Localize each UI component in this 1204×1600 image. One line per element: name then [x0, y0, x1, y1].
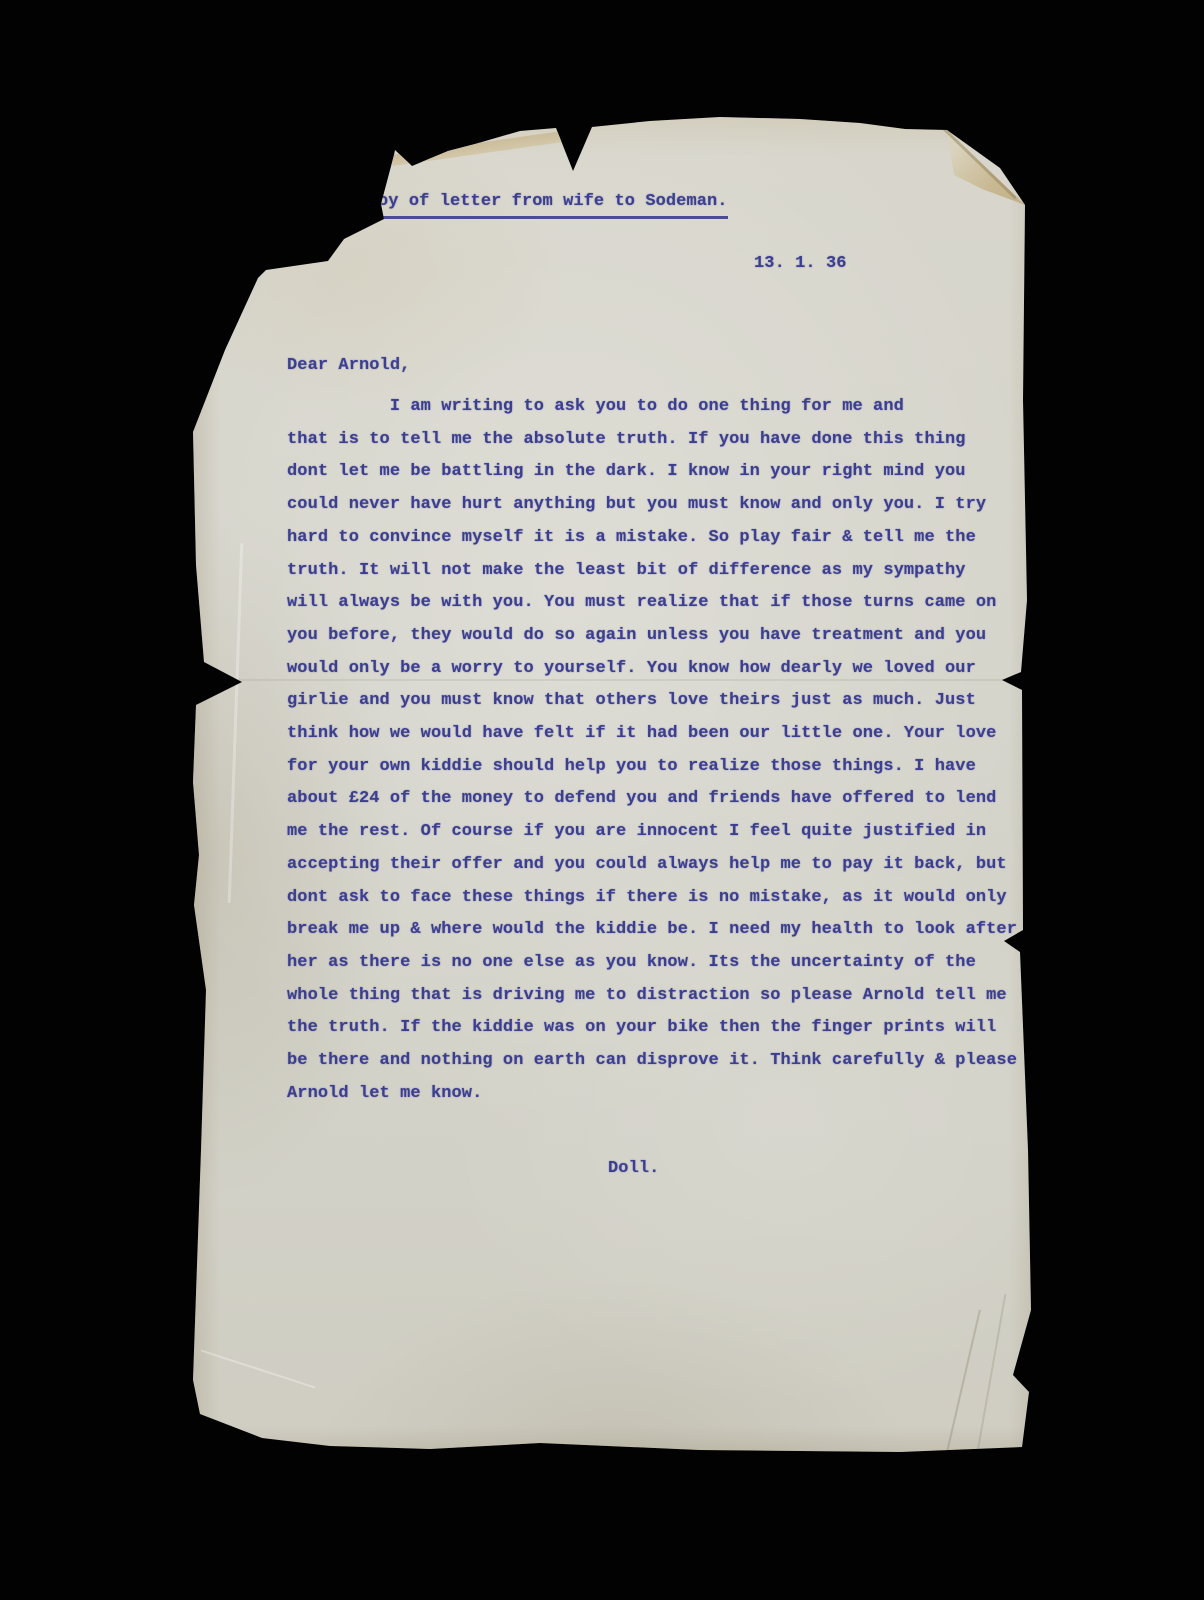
paper-crease-bottom-right	[945, 1310, 981, 1457]
letter-line: that is to tell me the absolute truth. I…	[287, 424, 1017, 457]
photo-background: oy of letter from wife to Sodeman. 13. 1…	[0, 0, 1204, 1600]
letter-line: would only be a worry to yourself. You k…	[287, 653, 1017, 686]
letter-line: girlie and you must know that others lov…	[287, 685, 1017, 718]
letter-title: oy of letter from wife to Sodeman.	[378, 192, 728, 219]
torn-edge-flap-top	[390, 131, 565, 166]
torn-edge-flap-top-left	[218, 115, 369, 233]
letter-line: about £24 of the money to defend you and…	[287, 783, 1017, 816]
paper-crease-bottom-right-2	[976, 1294, 1007, 1457]
letter-line: Arnold let me know.	[287, 1078, 1017, 1111]
letter-date: 13. 1. 36	[754, 254, 847, 273]
letter-line: break me up & where would the kiddie be.…	[287, 914, 1017, 947]
letter-line: her as there is no one else as you know.…	[287, 947, 1017, 980]
letter-line: dont let me be battling in the dark. I k…	[287, 456, 1017, 489]
letter-signature: Doll.	[608, 1159, 659, 1178]
letter-body: I am writing to ask you to do one thing …	[287, 391, 1017, 1110]
letter-line: whole thing that is driving me to distra…	[287, 980, 1017, 1013]
fold-crease-top-right	[940, 125, 1017, 199]
letter-salutation: Dear Arnold,	[287, 356, 410, 375]
letter-line: accepting their offer and you could alwa…	[287, 849, 1017, 882]
paper-crease-bottom-left	[201, 1350, 316, 1389]
letter-line: hard to convince myself it is a mistake.…	[287, 522, 1017, 555]
letter-line: could never have hurt anything but you m…	[287, 489, 1017, 522]
letter-line: I am writing to ask you to do one thing …	[287, 391, 1017, 424]
letter-line: for your own kiddie should help you to r…	[287, 751, 1017, 784]
letter-line: you before, they would do so again unles…	[287, 620, 1017, 653]
letter-paper: oy of letter from wife to Sodeman. 13. 1…	[190, 113, 1035, 1460]
letter-line: be there and nothing on earth can dispro…	[287, 1045, 1017, 1078]
letter-line: truth. It will not make the least bit of…	[287, 555, 1017, 588]
letter-line: me the rest. Of course if you are innoce…	[287, 816, 1017, 849]
letter-line: the truth. If the kiddie was on your bik…	[287, 1012, 1017, 1045]
letter-line: think how we would have felt if it had b…	[287, 718, 1017, 751]
letter-line: will always be with you. You must realiz…	[287, 587, 1017, 620]
folded-corner-top-right	[942, 127, 1032, 212]
paper-crease-left	[228, 543, 244, 903]
letter-line: dont ask to face these things if there i…	[287, 882, 1017, 915]
